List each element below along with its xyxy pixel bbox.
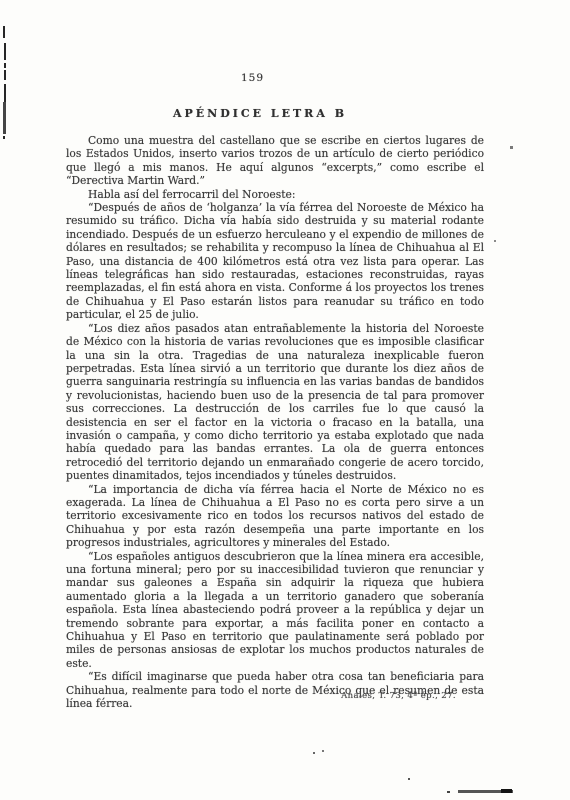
paragraph-quote-4: “Los españoles antiguos descubrieron que… (66, 550, 484, 671)
paragraph-intro: Como una muestra del castellano que se e… (66, 134, 484, 188)
document-body: Como una muestra del castellano que se e… (66, 134, 484, 710)
scan-artifact-bottom-line (501, 789, 512, 793)
paragraph-quote-2: “Los diez años pasados atan entrañableme… (66, 322, 484, 483)
scan-artifact-speck (408, 778, 410, 780)
paragraph-quote-3: “La importancia de dicha vía férrea haci… (66, 483, 484, 550)
scan-artifact-left-edge (4, 43, 6, 60)
paragraph-lead-in: Habla así del ferrocarril del Noroeste: (66, 188, 484, 201)
scan-artifact-speck (313, 752, 315, 754)
scan-artifact-speck (322, 750, 324, 752)
scanned-page: 159 APÉNDICE LETRA B Como una muestra de… (0, 0, 570, 800)
appendix-heading: APÉNDICE LETRA B (48, 107, 472, 120)
scan-artifact-left-edge (4, 63, 6, 68)
scan-artifact-left-edge (3, 26, 5, 38)
paragraph-quote-1: “Después de años de ‘holganza’ la vía fé… (66, 201, 484, 322)
footer-citation: Anales, T. 73, 4ª ép., 27. (66, 691, 456, 701)
page-number: 159 (0, 72, 505, 84)
scan-artifact-left-edge (3, 136, 5, 139)
scan-artifact-speck (510, 146, 513, 149)
scan-artifact-left-edge (3, 102, 6, 134)
scan-artifact-speck (447, 791, 450, 793)
scan-artifact-speck (494, 240, 496, 242)
